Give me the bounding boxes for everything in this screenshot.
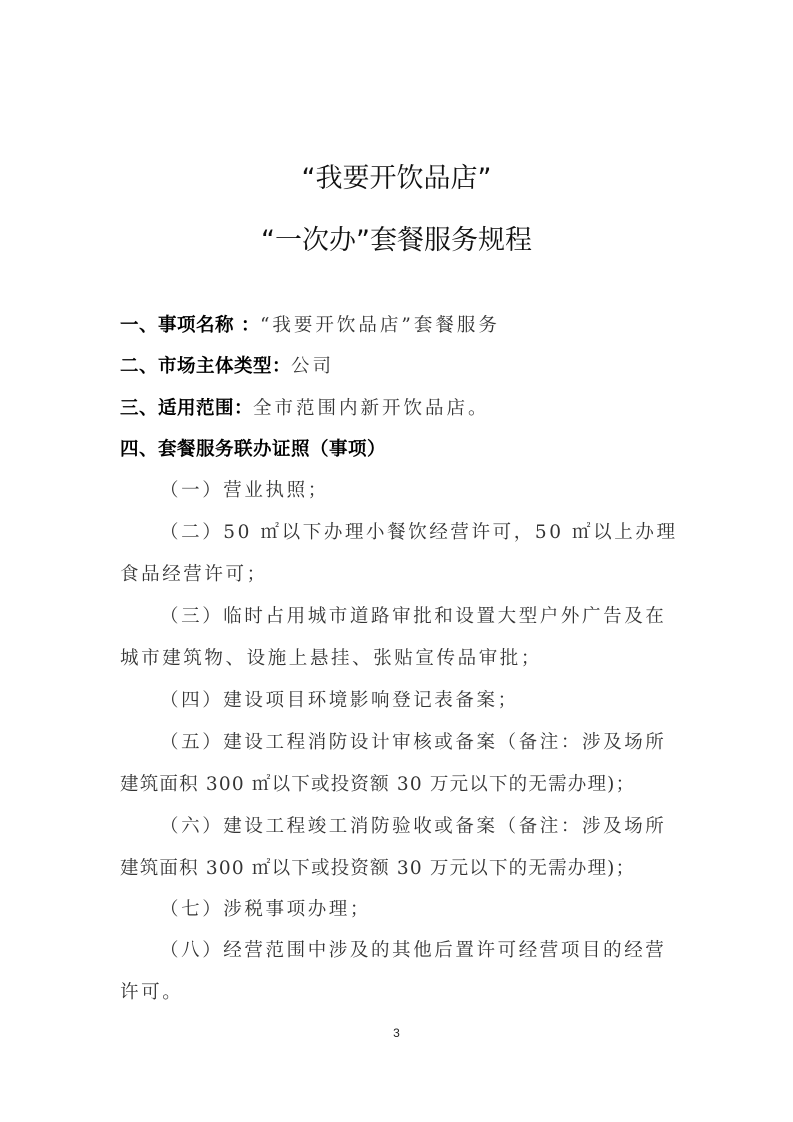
document-page: “我要开饮品店” “一次办”套餐服务规程 一、事项名称 ：“我要开饮品店”套餐服… [0, 0, 793, 1122]
section-label: 四、套餐服务联办证照（事项） [120, 439, 386, 460]
section-market-entity-type: 二、市场主体类型：公司 [120, 355, 680, 379]
list-item-3-cont: 城市建筑物、设施上悬挂、张贴宣传品审批； [120, 647, 680, 671]
list-item-5: （五）建设工程消防设计审核或备案（备注：涉及场所 [160, 731, 720, 755]
section-value: 全市范围内新开饮品店。 [253, 398, 490, 419]
list-item-2: （二）50 ㎡以下办理小餐饮经营许可，50 ㎡以上办理 [160, 521, 720, 545]
list-item-1: （一）营业执照； [160, 479, 720, 503]
section-label: 一、事项名称 ： [120, 315, 260, 336]
list-item-8: （八）经营范围中涉及的其他后置许可经营项目的经营 [160, 939, 720, 963]
list-item-2-cont: 食品经营许可； [120, 563, 680, 587]
list-item-5-cont: 建筑面积 300 ㎡以下或投资额 30 万元以下的无需办理)； [120, 773, 680, 797]
list-item-3: （三）临时占用城市道路审批和设置大型户外广告及在 [160, 605, 720, 629]
page-number: 3 [0, 1026, 793, 1040]
list-item-6: （六）建设工程竣工消防验收或备案（备注：涉及场所 [160, 815, 720, 839]
list-item-6-cont: 建筑面积 300 ㎡以下或投资额 30 万元以下的无需办理)； [120, 857, 680, 881]
list-item-7: （七）涉税事项办理； [160, 898, 720, 922]
list-item-4: （四）建设项目环境影响登记表备案； [160, 689, 720, 713]
section-linked-licenses: 四、套餐服务联办证照（事项） [120, 438, 680, 462]
document-title-line1: “我要开饮品店” [0, 156, 793, 195]
list-item-8-cont: 许可。 [120, 981, 680, 1005]
document-title-line2: “一次办”套餐服务规程 [0, 218, 793, 257]
section-scope: 三、适用范围：全市范围内新开饮品店。 [120, 397, 680, 421]
section-label: 三、适用范围： [120, 398, 253, 419]
section-item-name: 一、事项名称 ：“我要开饮品店”套餐服务 [120, 314, 680, 338]
section-value: 公司 [291, 356, 334, 377]
section-value: “我要开饮品店”套餐服务 [260, 315, 500, 336]
section-label: 二、市场主体类型： [120, 356, 291, 377]
